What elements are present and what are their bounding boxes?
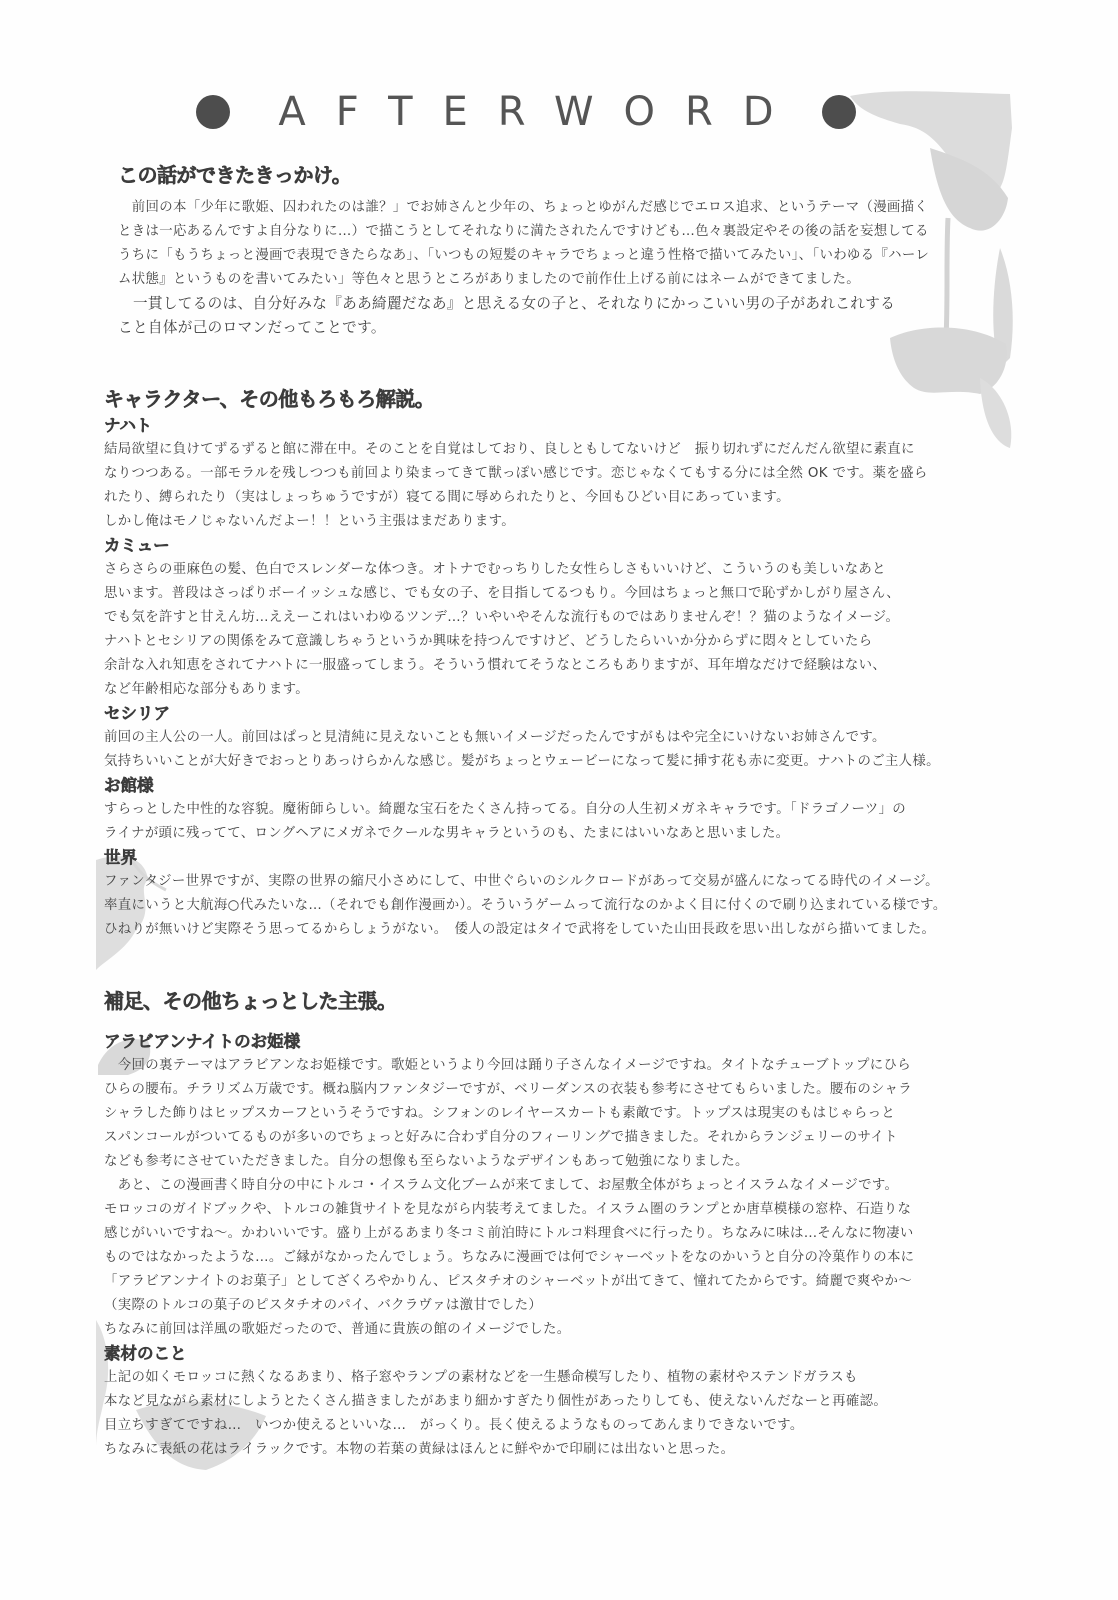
paragraph-line: ム状態』というものを書いてみたい」等色々と思うところがありましたので前作仕上げる… [118, 268, 1019, 292]
paragraph-line: スパンコールがついてるものが多いのでちょっと好みに合わず自分のフィーリングで描き… [104, 1126, 1019, 1150]
character-camus: カミュー さらさらの亜麻色の髪、色白でスレンダーな体つき。オトナでむっちりした女… [104, 534, 1019, 702]
section-supplement: 補足、その他ちょっとした主張。 アラビアンナイトのお姫様 今回の裏テーマはアラビ… [104, 986, 1019, 1462]
paragraph-line: ひらの腰布。チラリズム万歳です。概ね脳内ファンタジーですが、ベリーダンスの衣装も… [104, 1078, 1019, 1102]
paragraph-line: うちに「もうちょっと漫画で表現できたらなあ」、「いつもの短髪のキャラでちょっと違… [118, 244, 1019, 268]
bullet-dot-right-icon [822, 95, 856, 129]
paragraph-line: モロッコのガイドブックや、トルコの雑貨サイトを見ながら内装考えてました。イスラム… [104, 1198, 1019, 1222]
page-title-row: AFTERWORD [196, 88, 856, 136]
page-title: AFTERWORD [248, 88, 803, 136]
paragraph-line: 率直にいうと大航海○代みたいな…（それでも創作漫画か）。そういうゲームって流行な… [104, 894, 1019, 918]
paragraph-line: （実際のトルコの菓子のピスタチオのパイ、バクラヴァは激甘でした） [104, 1294, 1019, 1318]
section-heading: 補足、その他ちょっとした主張。 [104, 986, 1019, 1016]
paragraph-line: ファンタジー世界ですが、実際の世界の縮尺小さめにして、中世ぐらいのシルクロードが… [104, 870, 1019, 894]
paragraph-line: 一貫してるのは、自分好みな『ああ綺麗だなあ』と思える女の子と、それなりにかっこい… [118, 292, 1019, 316]
world-setting: 世界 ファンタジー世界ですが、実際の世界の縮尺小さめにして、中世ぐらいのシルクロ… [104, 846, 1019, 942]
paragraph-line: シャラした飾りはヒップスカーフというそうですね。シフォンのレイヤースカートも素敵… [104, 1102, 1019, 1126]
paragraph-line: 結局欲望に負けてずるずると館に滞在中。そのことを自覚はしており、良しともしてない… [104, 438, 1019, 462]
subsection-title: ナハト [104, 414, 1019, 438]
paragraph-line: 前回の主人公の一人。前回はぱっと見清純に見えないことも無いイメージだったんですが… [104, 726, 1019, 750]
bullet-dot-left-icon [196, 95, 230, 129]
paragraph-line: さらさらの亜麻色の髪、色白でスレンダーな体つき。オトナでむっちりした女性らしさも… [104, 558, 1019, 582]
paragraph-line: なども参考にさせていただきました。自分の想像も至らないようなデザインもあって勉強… [104, 1150, 1019, 1174]
section-heading: この話ができたきっかけ。 [118, 160, 1019, 190]
paragraph-line: 思います。普段はさっぱりボーイッシュな感じ、でも女の子、を目指してるつもり。今回… [104, 582, 1019, 606]
subsection-title: セシリア [104, 702, 1019, 726]
paragraph-line: れたり、縛られたり（実はしょっちゅうですが）寝てる間に辱められたりと、今回もひど… [104, 486, 1019, 510]
subsection-title: アラビアンナイトのお姫様 [104, 1030, 1019, 1054]
subsection-title: 素材のこと [104, 1342, 1019, 1366]
afterword-page: AFTERWORD この話ができたきっかけ。 前回の本「少年に歌姫、囚われたのは… [0, 0, 1118, 1600]
paragraph-line: こと自体が己のロマンだってことです。 [118, 316, 1019, 340]
paragraph-line: ナハトとセシリアの関係をみて意識しちゃうというか興味を持つんですけど、どうしたら… [104, 630, 1019, 654]
paragraph-line: 今回の裏テーマはアラビアンなお姫様です。歌姫というより今回は踊り子さんなイメージ… [104, 1054, 1019, 1078]
paragraph-line: ひねりが無いけど実際そう思ってるからしょうがない。 倭人の設定はタイで武将をして… [104, 918, 1019, 942]
paragraph-line: でも気を許すと甘えん坊…ええーこれはいわゆるツンデ…？いやいやそんな流行ものでは… [104, 606, 1019, 630]
paragraph-line: ちなみに表紙の花はライラックです。本物の若葉の黄緑はほんとに鮮やかで印刷には出な… [104, 1438, 1019, 1462]
character-nacht: ナハト 結局欲望に負けてずるずると館に滞在中。そのことを自覚はしており、良しとも… [104, 414, 1019, 534]
paragraph-line: なりつつある。一部モラルを残しつつも前回より染まってきて獣っぽい感じです。恋じゃ… [104, 462, 1019, 486]
paragraph-line: あと、この漫画書く時自分の中にトルコ・イスラム文化ブームが来てまして、お屋敷全体… [104, 1174, 1019, 1198]
section-origin: この話ができたきっかけ。 前回の本「少年に歌姫、囚われたのは誰？」でお姉さんと少… [104, 160, 1019, 340]
paragraph-line: 目立ちすぎてですね… いつか使えるといいな… がっくり。長く使えるようなものって… [104, 1414, 1019, 1438]
paragraph-line: 前回の本「少年に歌姫、囚われたのは誰？」でお姉さんと少年の、ちょっとゆがんだ感じ… [118, 196, 1019, 220]
paragraph-line: しかし俺はモノじゃないんだよー！！という主張はまだあります。 [104, 510, 1019, 534]
paragraph-line: 余計な入れ知恵をされてナハトに一服盛ってしまう。そういう慣れてそうなところもあり… [104, 654, 1019, 678]
paragraph-line: 感じがいいですね～。かわいいです。盛り上がるあまり冬コミ前泊時にトルコ料理食べに… [104, 1222, 1019, 1246]
section-heading: キャラクター、その他もろもろ解説。 [104, 384, 1019, 414]
afterword-content: この話ができたきっかけ。 前回の本「少年に歌姫、囚われたのは誰？」でお姉さんと少… [104, 160, 1019, 1462]
subsection-title: お館様 [104, 774, 1019, 798]
paragraph-line: すらっとした中性的な容貌。魔術師らしい。綺麗な宝石をたくさん持ってる。自分の人生… [104, 798, 1019, 822]
paragraph-line: 気持ちいいことが大好きでおっとりあっけらかんな感じ。髪がちょっとウェービーになっ… [104, 750, 1019, 774]
subsection-title: 世界 [104, 846, 1019, 870]
paragraph-line: ちなみに前回は洋風の歌姫だったので、普通に貴族の館のイメージでした。 [104, 1318, 1019, 1342]
materials: 素材のこと 上記の如くモロッコに熱くなるあまり、格子窓やランプの素材などを一生懸… [104, 1342, 1019, 1462]
paragraph-line: など年齢相応な部分もあります。 [104, 678, 1019, 702]
paragraph-line: ライナが頭に残ってて、ロングヘアにメガネでクールな男キャラというのも、たまにはい… [104, 822, 1019, 846]
paragraph-line: ときは一応あるんですよ自分なりに…）で描こうとしてそれなりに満たされたんですけど… [118, 220, 1019, 244]
character-master: お館様 すらっとした中性的な容貌。魔術師らしい。綺麗な宝石をたくさん持ってる。自… [104, 774, 1019, 846]
paragraph-line: ものではなかったような…。ご縁がなかったんでしょう。ちなみに漫画では何でシャーベ… [104, 1246, 1019, 1270]
subsection-title: カミュー [104, 534, 1019, 558]
character-cecilia: セシリア 前回の主人公の一人。前回はぱっと見清純に見えないことも無いイメージだっ… [104, 702, 1019, 774]
paragraph-line: 上記の如くモロッコに熱くなるあまり、格子窓やランプの素材などを一生懸命模写したり… [104, 1366, 1019, 1390]
paragraph-line: 本など見ながら素材にしようとたくさん描きましたがあまり細かすぎたり個性があったり… [104, 1390, 1019, 1414]
paragraph-line: 「アラビアンナイトのお菓子」としてざくろやかりん、ピスタチオのシャーベットが出て… [104, 1270, 1019, 1294]
arabian-princess: アラビアンナイトのお姫様 今回の裏テーマはアラビアンなお姫様です。歌姫というより… [104, 1030, 1019, 1342]
section-characters: キャラクター、その他もろもろ解説。 ナハト 結局欲望に負けてずるずると館に滞在中… [104, 384, 1019, 942]
